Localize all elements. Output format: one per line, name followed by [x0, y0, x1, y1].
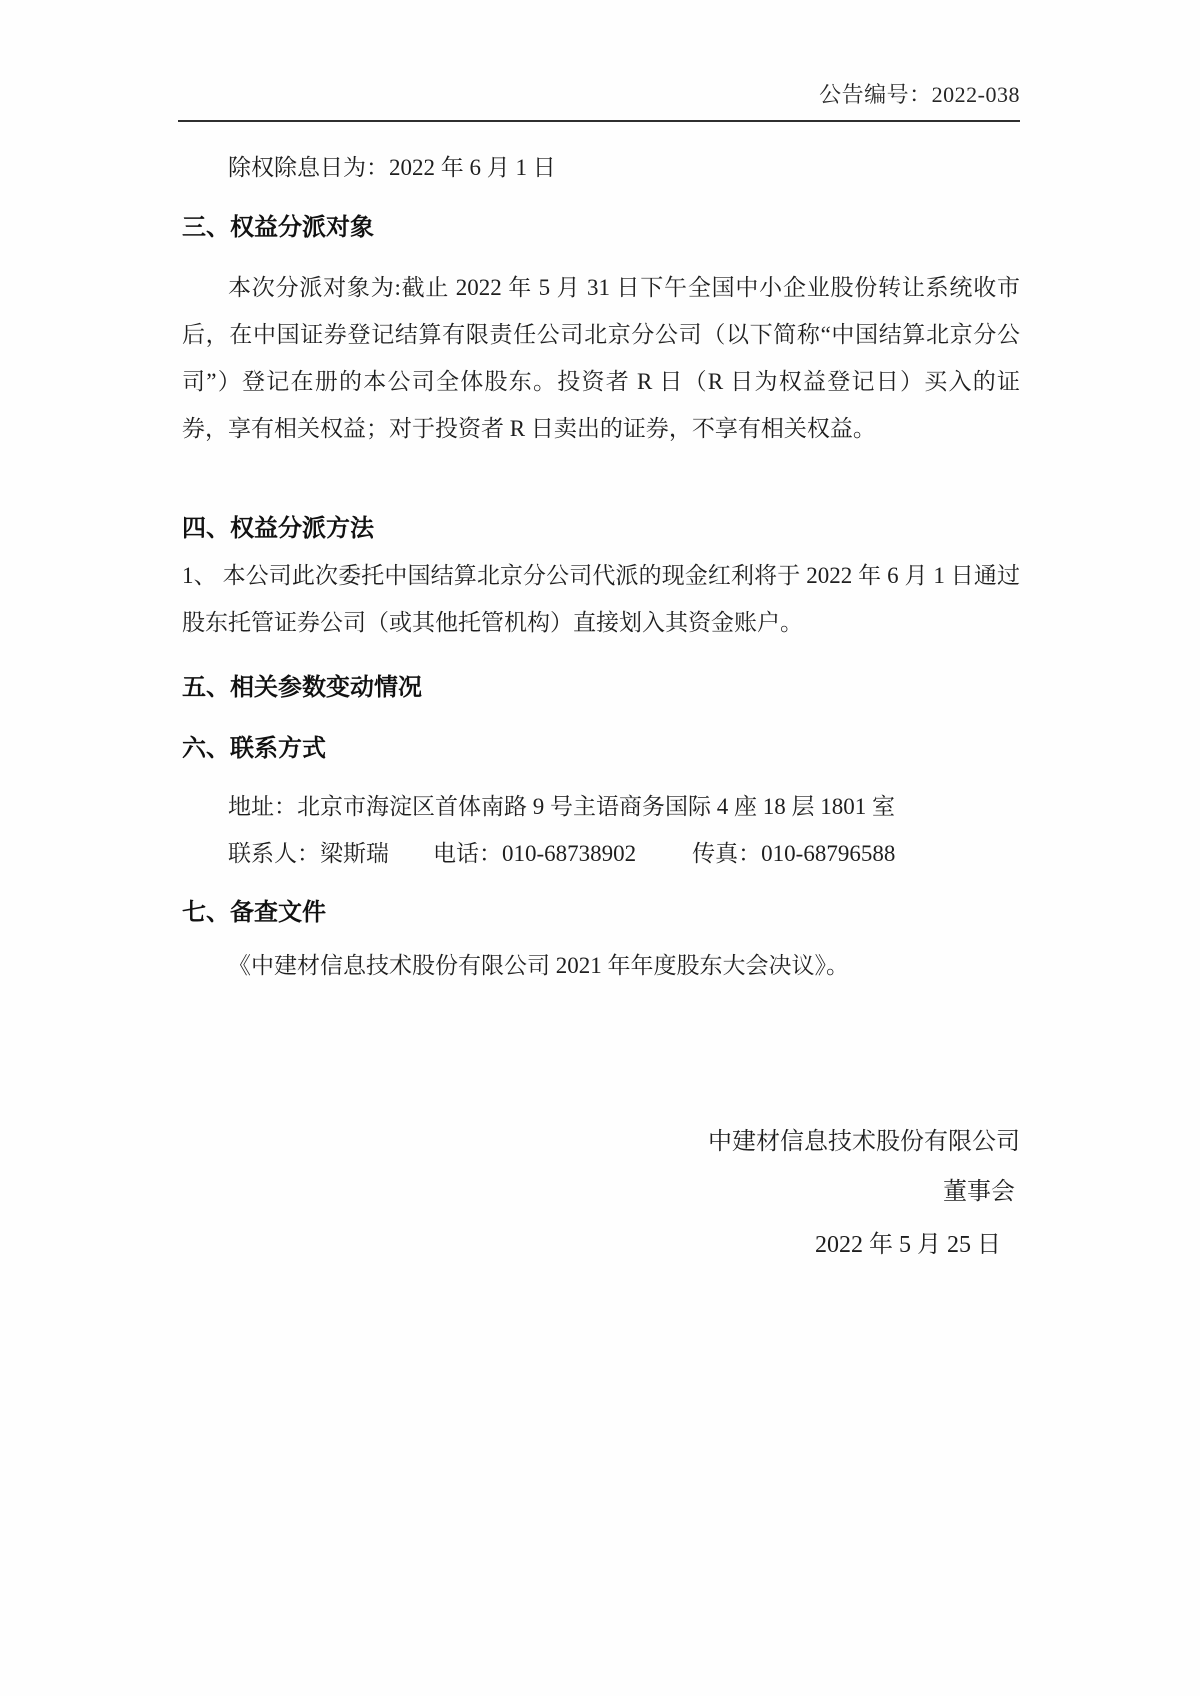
page-header: 公告编号：2022-038: [0, 0, 1200, 108]
section-heading-4: 四、权益分派方法: [182, 505, 1020, 552]
announcement-number: 公告编号：2022-038: [819, 82, 1020, 107]
address-line: 地址：北京市海淀区首体南路 9 号主语商务国际 4 座 18 层 1801 室: [182, 783, 1020, 830]
fax-number: 010-68796588: [761, 841, 895, 866]
section-4-paragraph: 1、 本公司此次委托中国结算北京分公司代派的现金红利将于 2022 年 6 月 …: [182, 552, 1020, 646]
reference-document-line: 《中建材信息技术股份有限公司 2021 年年度股东大会决议》。: [182, 942, 1020, 989]
ex-dividend-date-line: 除权除息日为：2022 年 6 月 1 日: [182, 144, 1020, 191]
section-3-paragraph: 本次分派对象为:截止 2022 年 5 月 31 日下午全国中小企业股份转让系统…: [182, 264, 1020, 452]
section-heading-3: 三、权益分派对象: [182, 204, 1020, 251]
fax-label: 传真：: [692, 841, 761, 866]
signature-company: 中建材信息技术股份有限公司: [182, 1117, 1020, 1167]
document-body: 除权除息日为：2022 年 6 月 1 日 三、权益分派对象 本次分派对象为:截…: [182, 144, 1020, 1270]
phone-label: 电话：: [433, 841, 502, 866]
section-heading-6: 六、联系方式: [182, 725, 1020, 772]
contact-line: 联系人：梁斯瑞电话：010-68738902传真：010-68796588: [182, 830, 1020, 877]
header-divider: [178, 120, 1020, 122]
document-page: 公告编号：2022-038 除权除息日为：2022 年 6 月 1 日 三、权益…: [0, 0, 1200, 1696]
section-heading-7: 七、备查文件: [182, 889, 1020, 936]
signature-board: 董事会: [182, 1167, 1020, 1217]
signature-date: 2022 年 5 月 25 日: [182, 1220, 1020, 1270]
section-heading-5: 五、相关参数变动情况: [182, 664, 1020, 711]
phone-number: 010-68738902: [502, 841, 636, 866]
contact-name: 梁斯瑞: [320, 841, 389, 866]
address-value: 北京市海淀区首体南路 9 号主语商务国际 4 座 18 层 1801 室: [297, 794, 895, 819]
contact-label: 联系人：: [228, 841, 320, 866]
address-label: 地址：: [228, 794, 297, 819]
